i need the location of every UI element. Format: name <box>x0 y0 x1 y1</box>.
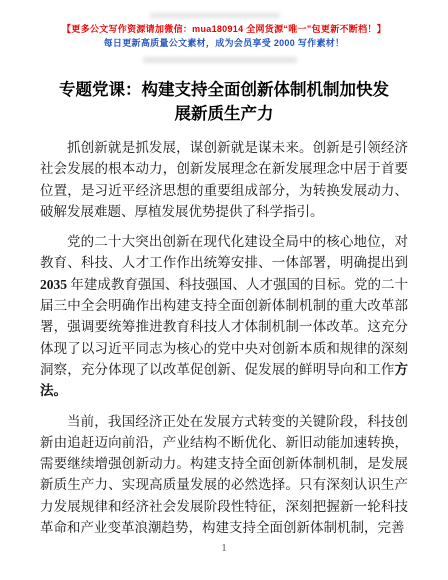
paragraph: 当前，我国经济正处在发展方式转变的关键阶段，科技创新由追赶迈向前沿，产业结构不断… <box>40 411 408 539</box>
paragraph-segment-bold: 2035 <box>40 277 67 292</box>
document-header: 【更多公文写作资源请加微信：mua180914 全网货源“唯一”包更新不断档！】… <box>0 0 448 49</box>
document-body: 抓创新就是抓发展，谋创新就是谋未来。创新是引领经济社会发展的根本动力，创新发展理… <box>40 137 408 538</box>
paragraph: 抓创新就是抓发展，谋创新就是谋未来。创新是引领经济社会发展的根本动力，创新发展理… <box>40 137 408 222</box>
blurred-watermark-bottom <box>143 57 297 63</box>
paragraph-segment: 党的二十大突出创新在现代化建设全局中的核心地位，对教育、科技、人才工作作出统筹安… <box>40 234 408 270</box>
paragraph-segment: 年建成教育强国、科技强国、人才强国的目标。党的二十届三中全会明确作出构建支持全面… <box>40 277 408 377</box>
paragraph-segment: 抓创新就是抓发展，谋创新就是谋未来。创新是引领经济社会发展的根本动力，创新发展理… <box>40 140 408 219</box>
watermark-line2: 每日更新高质量公文素材，成为会员享受 2000 写作素材！ <box>0 37 448 49</box>
document-title: 专题党课：构建支持全面创新体制机制加快发展新质生产力 <box>51 78 397 126</box>
blurred-watermark-top <box>150 13 280 18</box>
page-number: 1 <box>0 543 448 554</box>
document-page: 【更多公文写作资源请加微信：mua180914 全网货源“唯一”包更新不断档！】… <box>0 0 448 580</box>
paragraph: 党的二十大突出创新在现代化建设全局中的核心地位，对教育、科技、人才工作作出统筹安… <box>40 231 408 401</box>
paragraph-segment: 当前，我国经济正处在发展方式转变的关键阶段，科技创新由追赶迈向前沿，产业结构不断… <box>40 414 408 535</box>
watermark-line1: 【更多公文写作资源请加微信：mua180914 全网货源“唯一”包更新不断档！】 <box>0 23 448 35</box>
